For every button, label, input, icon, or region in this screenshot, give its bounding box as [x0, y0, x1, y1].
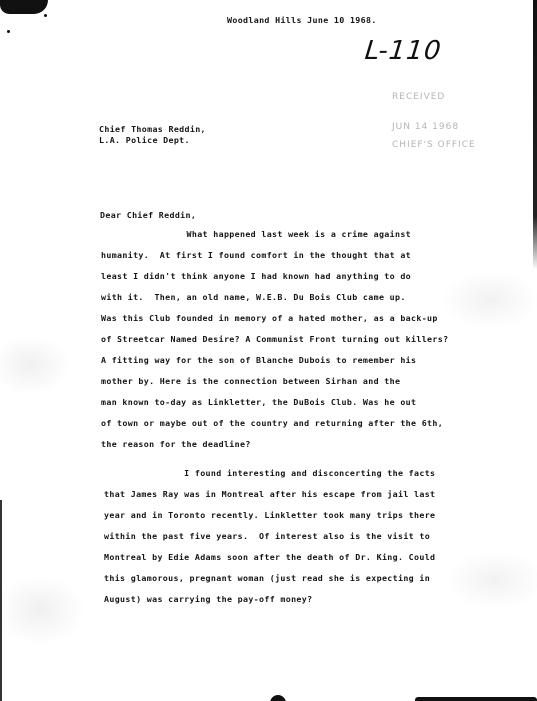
body-line: the reason for the deadline?	[101, 439, 251, 449]
body-line: that James Ray was in Montreal after his…	[104, 489, 435, 499]
body-line: mother by. Here is the connection betwee…	[101, 376, 400, 386]
body-line: A fitting way for the son of Blanche Dub…	[101, 355, 416, 365]
handwritten-reference-number: L-110	[363, 36, 443, 66]
body-line: within the past five years. Of interest …	[104, 531, 430, 541]
scan-bottom-marks	[270, 694, 537, 701]
body-line: humanity. At first I found comfort in th…	[101, 250, 411, 260]
received-stamp-line: RECEIVED	[392, 92, 445, 102]
received-stamp-office: CHIEF'S OFFICE	[392, 140, 476, 150]
body-line: this glamorous, pregnant woman (just rea…	[104, 573, 430, 583]
letter-page: Woodland Hills June 10 1968. L-110 RECEI…	[0, 0, 537, 701]
body-line: year and in Toronto recently. Linkletter…	[104, 510, 435, 520]
body-line: of Streetcar Named Desire? A Communist F…	[101, 334, 448, 344]
body-line: Was this Club founded in memory of a hat…	[101, 313, 438, 323]
recipient-name: Chief Thomas Reddin,	[99, 124, 206, 134]
scan-speck	[44, 14, 47, 17]
body-line: Montreal by Edie Adams soon after the de…	[104, 552, 435, 562]
body-line: What happened last week is a crime again…	[101, 229, 411, 239]
body-line: I found interesting and disconcerting th…	[104, 468, 435, 478]
body-line: of town or maybe out of the country and …	[101, 418, 443, 428]
body-line: man known to-day as Linkletter, the DuBo…	[101, 397, 416, 407]
scan-edge-left	[0, 500, 2, 701]
body-line: least I didn't think anyone I had known …	[101, 271, 411, 281]
scan-edge-right	[533, 0, 537, 270]
received-stamp-date: JUN 14 1968	[392, 122, 459, 132]
body-line: August) was carrying the pay-off money?	[104, 594, 312, 604]
scan-speck	[7, 30, 10, 33]
salutation: Dear Chief Reddin,	[100, 210, 196, 220]
body-line: with it. Then, an old name, W.E.B. Du Bo…	[101, 292, 406, 302]
scan-artifact-blob	[0, 0, 48, 14]
dateline: Woodland Hills June 10 1968.	[227, 15, 377, 25]
recipient-department: L.A. Police Dept.	[99, 135, 190, 145]
